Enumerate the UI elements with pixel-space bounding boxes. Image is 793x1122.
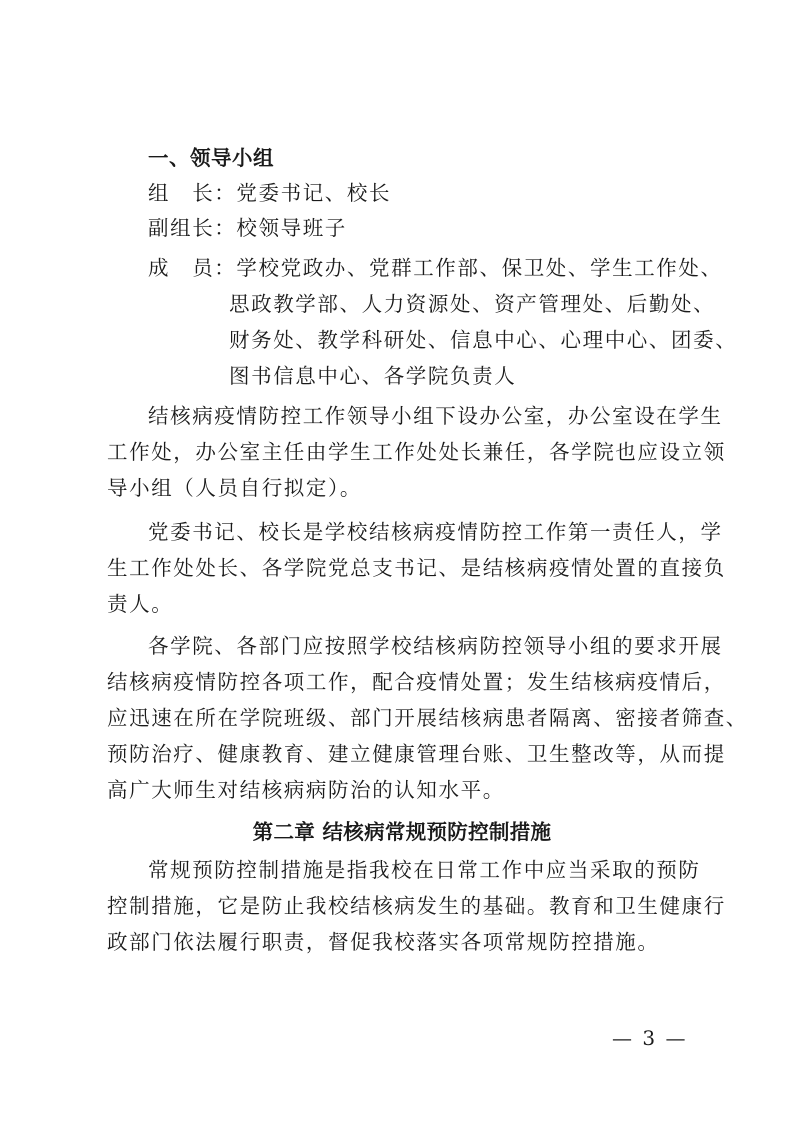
paragraph-line: 责人。 [107,586,697,622]
leader-value: 党委书记、校长 [236,181,391,205]
deputy-row: 副组长：校领导班子 [148,210,738,246]
members-line: 图书信息中心、各学院负责人 [229,358,793,394]
paragraph-line: 各学院、各部门应按照学校结核病防控领导小组的要求开展 [148,628,738,664]
leader-row: 组 长：党委书记、校长 [148,175,738,211]
paragraph-line: 高广大师生对结核病病防治的认知水平。 [107,772,697,808]
paragraph-line: 应迅速在所在学院班级、部门开展结核病患者隔离、密接者筛查、 [107,700,697,736]
paragraph-line: 结核病疫情防控工作领导小组下设办公室，办公室设在学生 [148,398,738,434]
deputy-value: 校领导班子 [236,216,347,240]
paragraph-line: 控制措施，它是防止我校结核病发生的基础。教育和卫生健康行 [107,888,697,924]
section-heading: 一、领导小组 [148,140,738,176]
leader-label: 组 长： [148,181,236,205]
paragraph-line: 导小组（人员自行拟定）。 [107,470,697,506]
members-line: 思政教学部、人力资源处、资产管理处、后勤处、 [229,286,793,322]
paragraph-line: 结核病疫情防控各项工作，配合疫情处置；发生结核病疫情后， [107,664,697,700]
page-number: — 3 — [612,1026,687,1050]
paragraph-line: 常规预防控制措施是指我校在日常工作中应当采取的预防 [148,852,738,888]
chapter-heading: 第二章 结核病常规预防控制措施 [107,814,697,850]
members-row: 成 员：学校党政办、党群工作部、保卫处、学生工作处、 [148,250,738,286]
paragraph-line: 生工作处处长、各学院党总支书记、是结核病疫情处置的直接负 [107,550,697,586]
members-line: 财务处、教学科研处、信息中心、心理中心、团委、 [229,322,793,358]
paragraph-line: 工作处，办公室主任由学生工作处处长兼任，各学院也应设立领 [107,434,697,470]
members-line: 学校党政办、党群工作部、保卫处、学生工作处、 [236,256,722,280]
deputy-label: 副组长： [148,216,236,240]
document-page: 一、领导小组 组 长：党委书记、校长 副组长：校领导班子 成 员：学校党政办、党… [0,0,793,1122]
paragraph-line: 预防治疗、健康教育、建立健康管理台账、卫生整改等，从而提 [107,736,697,772]
paragraph-line: 党委书记、校长是学校结核病疫情防控工作第一责任人，学 [148,514,738,550]
members-label: 成 员： [148,256,236,280]
paragraph-line: 政部门依法履行职责，督促我校落实各项常规防控措施。 [107,924,697,960]
